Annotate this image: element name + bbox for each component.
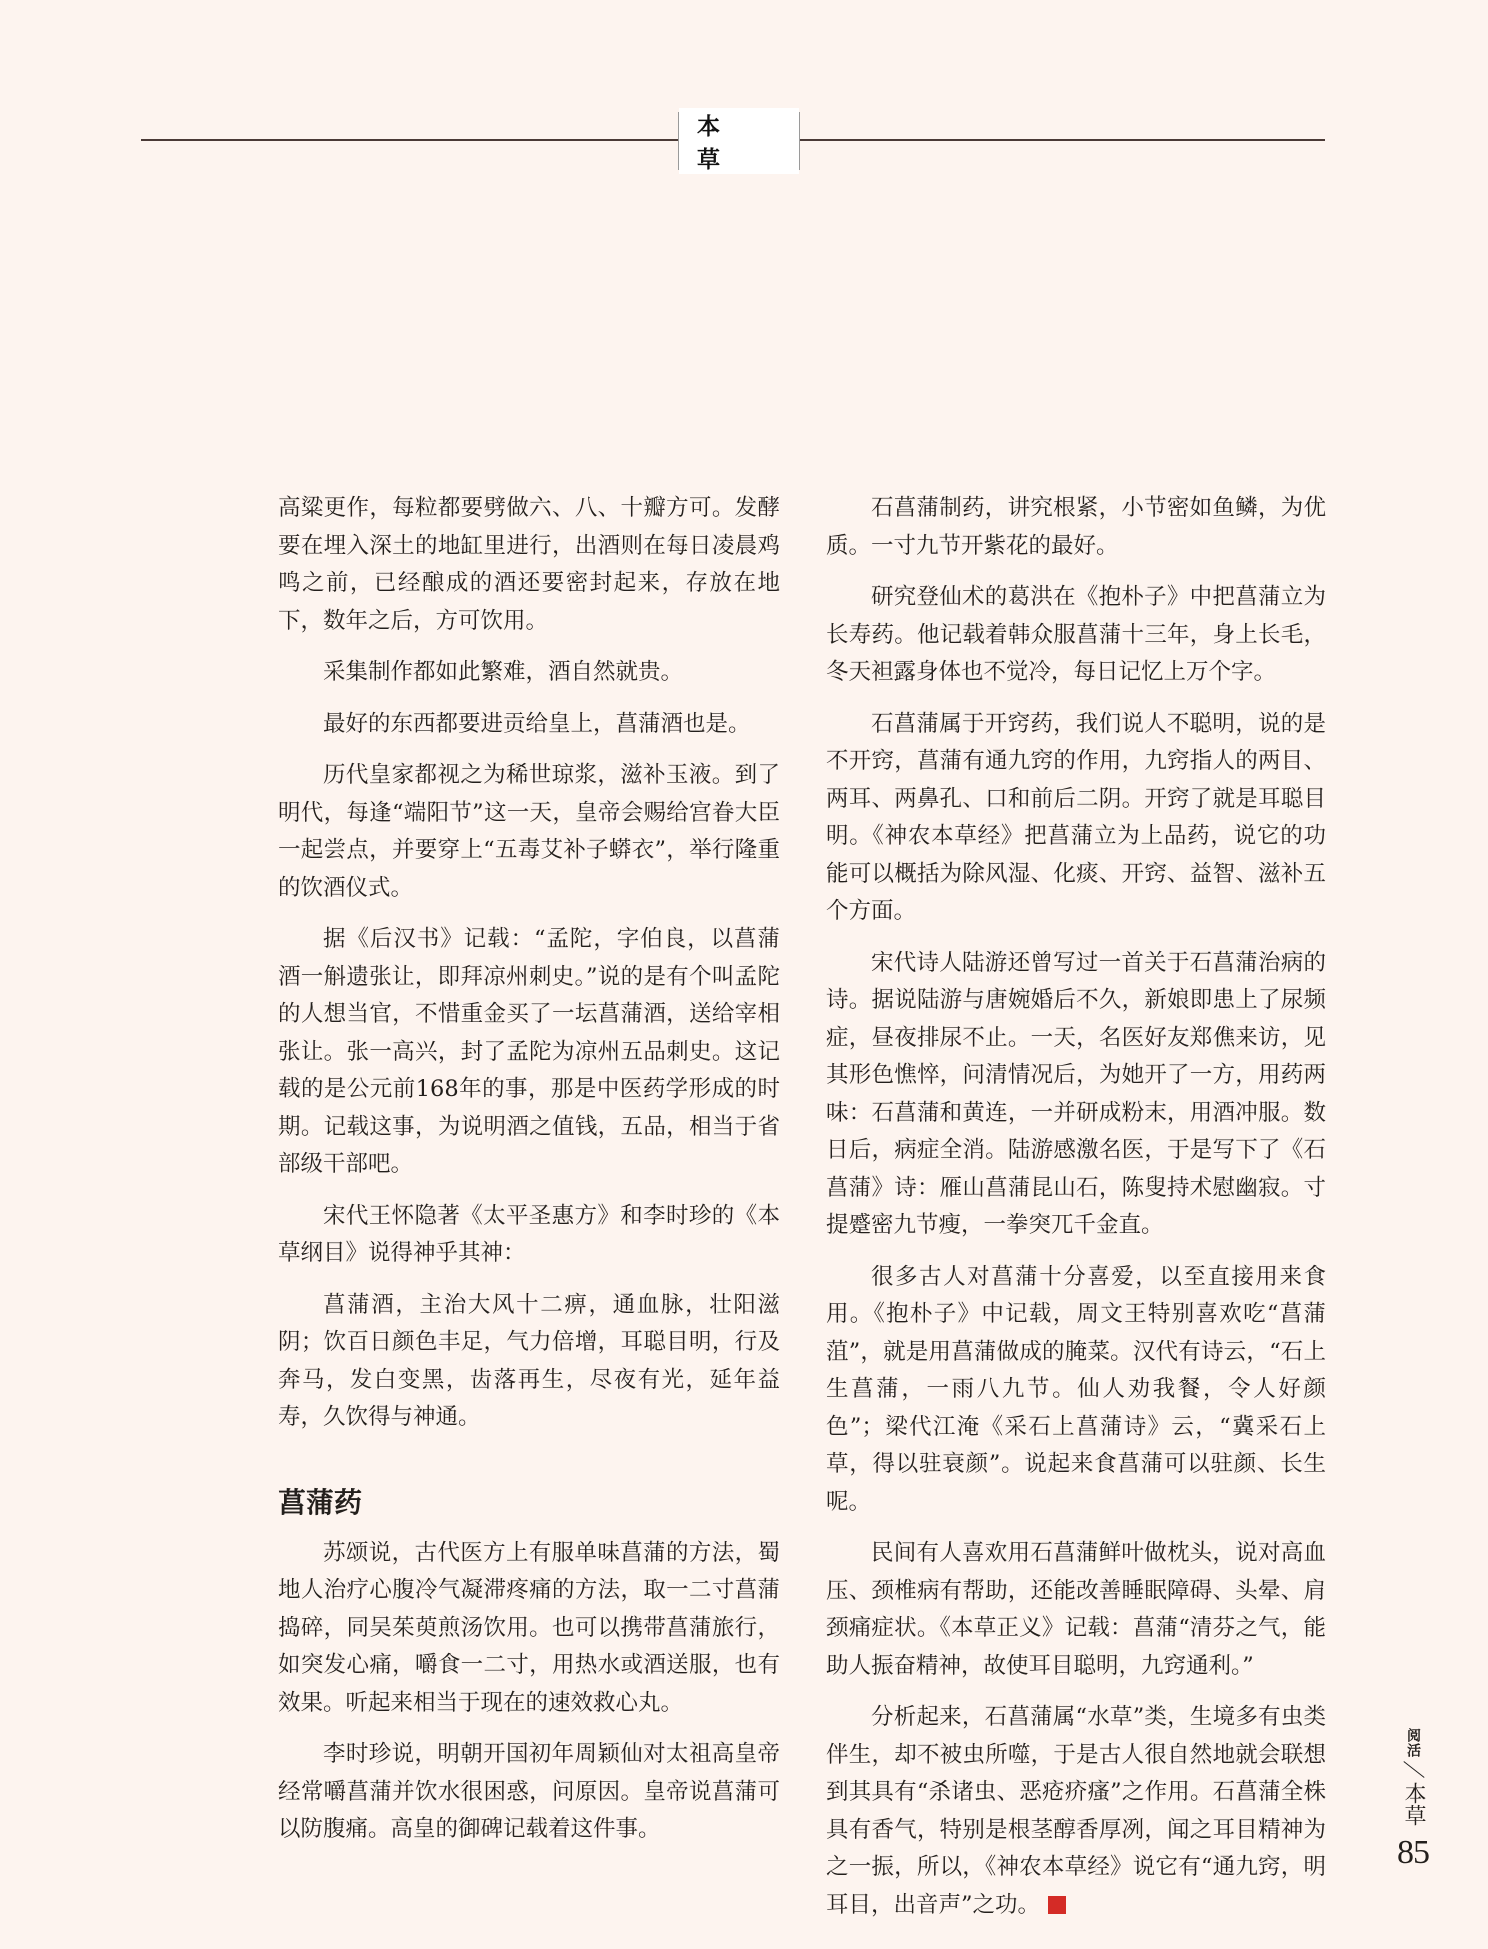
section-label: 本 草 <box>679 108 799 174</box>
paragraph: 据《后汉书》记载：“孟陀，字伯良，以菖蒲酒一斛遗张让，即拜凉州刺史。”说的是有个… <box>278 921 780 1184</box>
final-paragraph: 分析起来，石菖蒲属“水草”类，生境多有虫类伴生，却不被虫所噬，于是古人很自然地就… <box>826 1699 1326 1924</box>
section-heading: 菖蒲药 <box>278 1483 780 1523</box>
quote-paragraph: 菖蒲酒，主治大风十二痹，通血脉，壮阳滋阴；饮百日颜色丰足，气力倍增，耳聪目明，行… <box>278 1287 780 1437</box>
paragraph: 民间有人喜欢用石菖蒲鲜叶做枕头，说对高血压、颈椎病有帮助，还能改善睡眠障碍、头晕… <box>826 1535 1326 1685</box>
paragraph-text: 分析起来，石菖蒲属“水草”类，生境多有虫类伴生，却不被虫所噬，于是古人很自然地就… <box>826 1704 1326 1918</box>
paragraph: 历代皇家都视之为稀世琼浆，滋补玉液。到了明代，每逢“端阳节”这一天，皇帝会赐给宫… <box>278 757 780 907</box>
publication-name-small: 阅活 <box>1405 1728 1421 1758</box>
paragraph: 李时珍说，明朝开国初年周颖仙对太祖高皇帝经常嚼菖蒲并饮水很困惑，问原因。皇帝说菖… <box>278 1736 780 1849</box>
paragraph: 苏颂说，古代医方上有服单味菖蒲的方法，蜀地人治疗心腹冷气凝滞疼痛的方法，取一二寸… <box>278 1535 780 1723</box>
paragraph: 石菖蒲制药，讲究根紧，小节密如鱼鳞，为优质。一寸九节开紫花的最好。 <box>826 490 1326 565</box>
paragraph: 最好的东西都要进贡给皇上，菖蒲酒也是。 <box>278 706 780 744</box>
publication-section: 本草 <box>1401 1782 1425 1826</box>
section-badge: 本 草 <box>678 112 800 170</box>
paragraph: 宋代王怀隐著《太平圣惠方》和李时珍的《本草纲目》说得神乎其神： <box>278 1198 780 1273</box>
left-column: 高粱更作，每粒都要劈做六、八、十瓣方可。发酵要在埋入深土的地缸里进行，出酒则在每… <box>278 490 780 1863</box>
slash-divider-icon <box>1403 1760 1423 1780</box>
paragraph: 研究登仙术的葛洪在《抱朴子》中把菖蒲立为长寿药。他记载着韩众服菖蒲十三年，身上长… <box>826 579 1326 692</box>
paragraph: 宋代诗人陆游还曾写过一首关于石菖蒲治病的诗。据说陆游与唐婉婚后不久，新娘即患上了… <box>826 945 1326 1245</box>
paragraph: 高粱更作，每粒都要劈做六、八、十瓣方可。发酵要在埋入深土的地缸里进行，出酒则在每… <box>278 490 780 640</box>
paragraph: 石菖蒲属于开窍药，我们说人不聪明，说的是不开窍，菖蒲有通九窍的作用，九窍指人的两… <box>826 706 1326 931</box>
paragraph: 很多古人对菖蒲十分喜爱，以至直接用来食用。《抱朴子》中记载，周文王特别喜欢吃“菖… <box>826 1259 1326 1522</box>
page-folio: 阅活 本草 85 <box>1393 1728 1433 1872</box>
page-number: 85 <box>1397 1834 1429 1872</box>
paragraph: 采集制作都如此繁难，酒自然就贵。 <box>278 654 780 692</box>
end-of-article-mark-icon <box>1048 1896 1066 1914</box>
right-column: 石菖蒲制药，讲究根紧，小节密如鱼鳞，为优质。一寸九节开紫花的最好。 研究登仙术的… <box>826 490 1326 1938</box>
